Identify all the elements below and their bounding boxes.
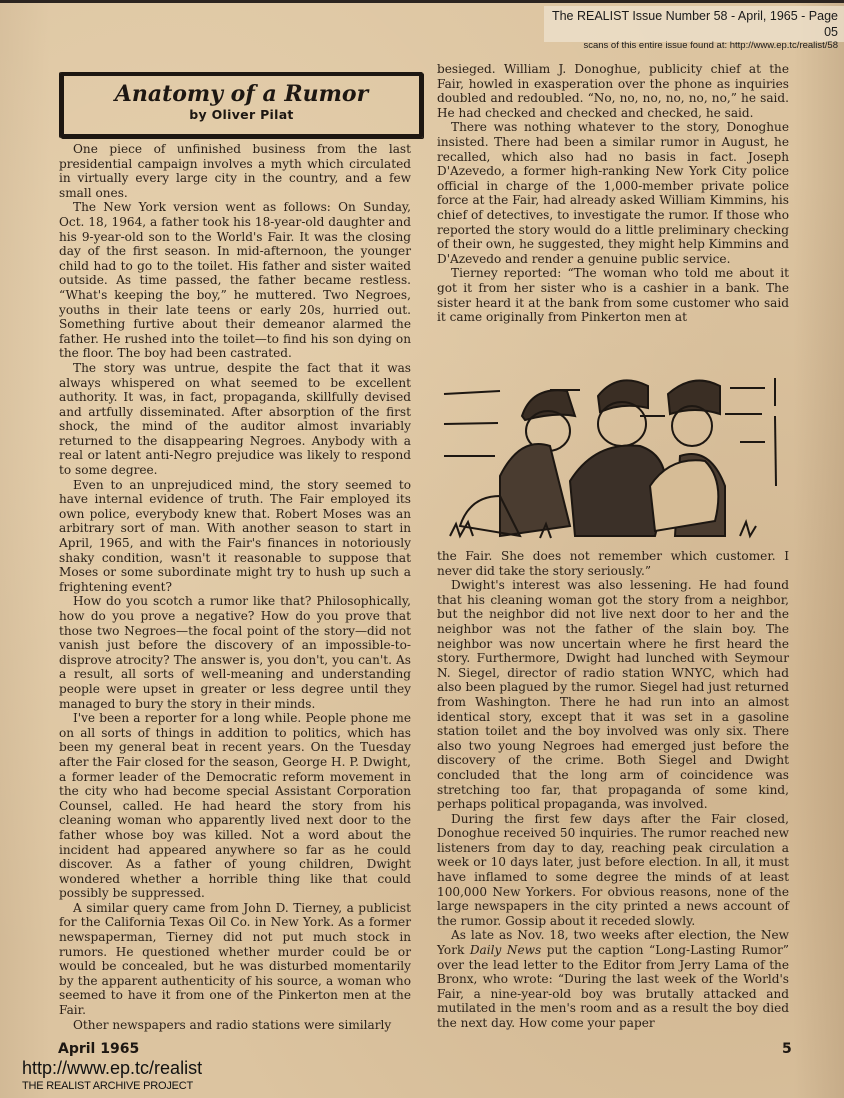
three-men-and-dog-icon (440, 366, 786, 544)
article-byline: by Oliver Pilat (64, 107, 419, 123)
paragraph: The story was untrue, despite the fact t… (59, 361, 411, 478)
page-number: 5 (782, 1041, 792, 1057)
article-title: Anatomy of a Rumor (64, 81, 419, 107)
paragraph: The New York version went as follows: On… (59, 200, 411, 361)
paragraph: Other newspapers and radio stations were… (59, 1018, 411, 1033)
archive-banner-title: The REALIST Issue Number 58 - April, 196… (544, 8, 838, 40)
page-top-edge (0, 0, 844, 3)
paragraph: How do you scotch a rumor like that? Phi… (59, 594, 411, 711)
right-column-top: besieged. William J. Donoghue, publicity… (437, 62, 789, 325)
paragraph: Dwight's interest was also lessening. He… (437, 578, 789, 812)
footer-date: April 1965 (58, 1041, 139, 1057)
archive-banner-link[interactable]: scans of this entire issue found at: htt… (544, 40, 838, 52)
article-title-box: Anatomy of a Rumor by Oliver Pilat (60, 72, 423, 138)
paragraph: Even to an unprejudiced mind, the story … (59, 478, 411, 595)
archive-banner: The REALIST Issue Number 58 - April, 196… (544, 6, 844, 42)
cartoon-illustration (440, 366, 786, 544)
archive-project-label: THE REALIST ARCHIVE PROJECT (22, 1080, 193, 1092)
right-column-bottom: the Fair. She does not remember which cu… (437, 549, 789, 1031)
paragraph: I've been a reporter for a long while. P… (59, 711, 411, 901)
paragraph: A similar query came from John D. Tierne… (59, 901, 411, 1018)
paragraph: As late as Nov. 18, two weeks after elec… (437, 928, 789, 1030)
paragraph: During the first few days after the Fair… (437, 812, 789, 929)
paragraph: besieged. William J. Donoghue, publicity… (437, 62, 789, 120)
paragraph: Tierney reported: “The woman who told me… (437, 266, 789, 324)
paragraph: the Fair. She does not remember which cu… (437, 549, 789, 578)
archive-url-link[interactable]: http://www.ep.tc/realist (22, 1058, 202, 1079)
left-column: One piece of unfinished business from th… (59, 142, 411, 1032)
newspaper-name: Daily News (470, 943, 541, 957)
paragraph: One piece of unfinished business from th… (59, 142, 411, 200)
paragraph: There was nothing whatever to the story,… (437, 120, 789, 266)
